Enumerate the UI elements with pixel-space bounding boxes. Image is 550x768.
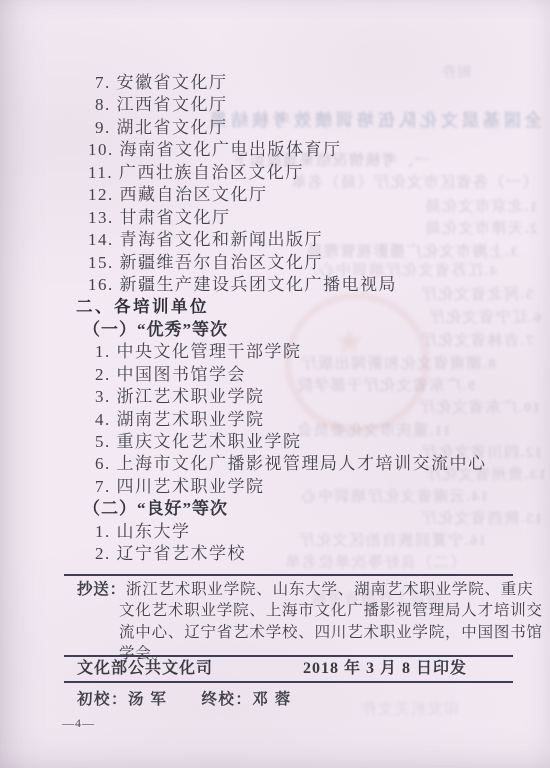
doc-line: 2. 辽宁省艺术学校: [0, 543, 550, 565]
doc-line: 2. 中国图书馆学会: [0, 364, 550, 386]
page-number: —4—: [62, 716, 95, 731]
doc-line: 10. 海南省文化广电出版体育厅: [0, 139, 550, 161]
cc-label: 抄送：: [77, 581, 126, 598]
doc-line: 14. 青海省文化和新闻出版厅: [0, 229, 550, 251]
cc-recipients: 浙江艺术职业学院、山东大学、湖南艺术职业学院、重庆文化艺术职业学院、上海市文化广…: [119, 581, 543, 662]
doc-line: 7. 安徽省文化厅: [0, 72, 550, 94]
subsection-heading: （一）“优秀”等次: [0, 319, 550, 341]
doc-line: 4. 湖南艺术职业学院: [0, 409, 550, 431]
final-proof-name: 邓 蓉: [252, 691, 291, 708]
doc-line: 15. 新疆维吾尔自治区文化厅: [0, 252, 550, 274]
final-proof-label: 终校：: [201, 691, 252, 708]
doc-line: 12. 西藏自治区文化厅: [0, 184, 550, 206]
doc-line: 3. 浙江艺术职业学院: [0, 386, 550, 408]
first-proof-name: 汤 军: [128, 691, 167, 708]
doc-line: 11. 广西壮族自治区文化厅: [0, 162, 550, 184]
print-date: 2018 年 3 月 8 日印发: [303, 659, 467, 679]
proofreaders-row: 初校：汤 军终校：邓 蓉: [77, 687, 292, 709]
separator-rule-middle: [64, 655, 513, 657]
separator-rule-top: [64, 574, 513, 576]
bleedthrough-line: 印发机关文件: [360, 698, 459, 719]
cc-block: 抄送：浙江艺术职业学院、山东大学、湖南艺术职业学院、重庆文化艺术职业学院、上海市…: [77, 579, 547, 665]
section-heading: 二、各培训单位: [0, 296, 550, 318]
doc-line: 1. 山东大学: [0, 521, 550, 543]
document-body: 7. 安徽省文化厅 8. 江西省文化厅 9. 湖北省文化厅 10. 海南省文化广…: [0, 72, 550, 566]
subsection-heading: （二）“良好”等次: [0, 498, 550, 520]
doc-line: 8. 江西省文化厅: [0, 94, 550, 116]
doc-line: 5. 重庆文化艺术职业学院: [0, 431, 550, 453]
doc-line: 1. 中央文化管理干部学院: [0, 341, 550, 363]
doc-line: 13. 甘肃省文化厅: [0, 207, 550, 229]
issuer-row: 文化部公共文化司 2018 年 3 月 8 日印发: [77, 659, 467, 679]
issuing-office: 文化部公共文化司: [77, 659, 213, 679]
first-proof-label: 初校：: [77, 691, 128, 708]
doc-line: 7. 四川艺术职业学院: [0, 476, 550, 498]
separator-rule-bottom: [64, 681, 513, 683]
doc-line: 9. 湖北省文化厅: [0, 117, 550, 139]
scanned-document-page: 附件 全国基层文化队伍培训绩效考核结果 一、考核情况结果通报如下 （一）各省区市…: [0, 0, 550, 768]
doc-line: 6. 上海市文化广播影视管理局人才培训交流中心: [0, 453, 550, 475]
doc-line: 16. 新疆生产建设兵团文化广播电视局: [0, 274, 550, 296]
